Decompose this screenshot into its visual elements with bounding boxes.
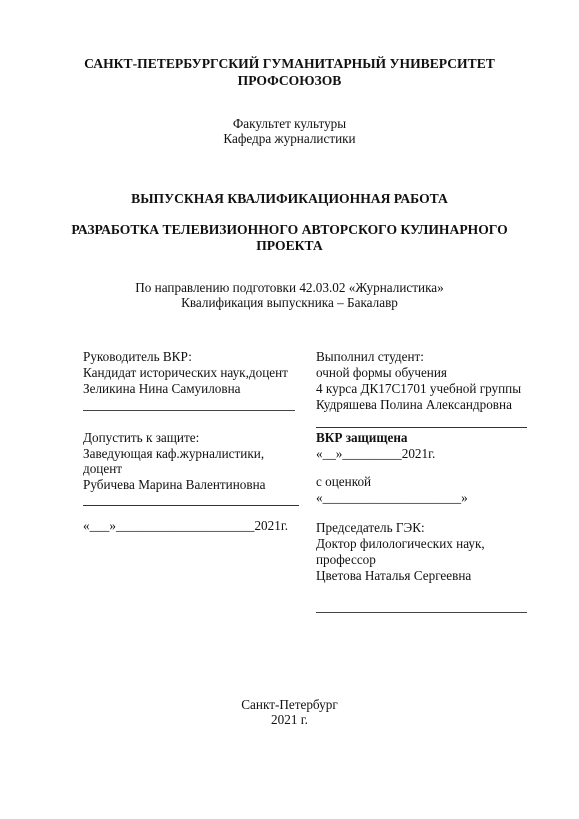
- admission-head-name: Рубичева Марина Валентиновна: [83, 477, 266, 493]
- qualification: Квалификация выпускника – Бакалавр: [0, 295, 579, 311]
- student-study-form: очной формы обучения: [316, 365, 447, 381]
- defense-date: «__»_________2021г.: [316, 446, 435, 462]
- department: Кафедра журналистики: [0, 131, 579, 147]
- supervisor-degree: Кандидат исторических наук,доцент: [83, 365, 288, 381]
- year: 2021 г.: [0, 712, 579, 728]
- grade-label: с оценкой: [316, 474, 371, 490]
- title-page: САНКТ-ПЕТЕРБУРГСКИЙ ГУМАНИТАРНЫЙ УНИВЕРС…: [0, 0, 579, 819]
- faculty: Факультет культуры: [0, 116, 579, 132]
- student-group: 4 курса ДК17С1701 учебной группы: [316, 381, 521, 397]
- work-title-line2: ПРОЕКТА: [0, 237, 579, 254]
- work-type: ВЫПУСКНАЯ КВАЛИФИКАЦИОННАЯ РАБОТА: [0, 190, 579, 207]
- student-label: Выполнил студент:: [316, 349, 424, 365]
- supervisor-label: Руководитель ВКР:: [83, 349, 192, 365]
- defense-status: ВКР защищена: [316, 430, 408, 446]
- admission-label: Допустить к защите:: [83, 430, 199, 446]
- study-direction: По направлению подготовки 42.03.02 «Журн…: [0, 280, 579, 296]
- committee-signature-line: [316, 612, 527, 613]
- supervisor-name: Зеликина Нина Самуиловна: [83, 381, 241, 397]
- university-name-line2: ПРОФСОЮЗОВ: [0, 72, 579, 89]
- committee-chair-degree-line1: Доктор филологических наук,: [316, 536, 485, 552]
- grade-value: «_____________________»: [316, 490, 468, 506]
- university-name-line1: САНКТ-ПЕТЕРБУРГСКИЙ ГУМАНИТАРНЫЙ УНИВЕРС…: [0, 55, 579, 72]
- admission-position-line2: доцент: [83, 461, 122, 477]
- committee-chair-label: Председатель ГЭК:: [316, 520, 425, 536]
- committee-chair-name: Цветова Наталья Сергеевна: [316, 568, 471, 584]
- admission-date: «___»_____________________2021г.: [83, 518, 288, 534]
- student-name: Кудряшева Полина Александровна: [316, 397, 512, 413]
- work-title-line1: РАЗРАБОТКА ТЕЛЕВИЗИОННОГО АВТОРСКОГО КУЛ…: [0, 221, 579, 238]
- admission-position-line1: Заведующая каф.журналистики,: [83, 446, 264, 462]
- supervisor-signature-line: [83, 410, 295, 411]
- city: Санкт-Петербург: [0, 697, 579, 713]
- committee-chair-degree-line2: профессор: [316, 552, 376, 568]
- student-signature-line: [316, 427, 527, 428]
- admission-signature-line: [83, 505, 299, 506]
